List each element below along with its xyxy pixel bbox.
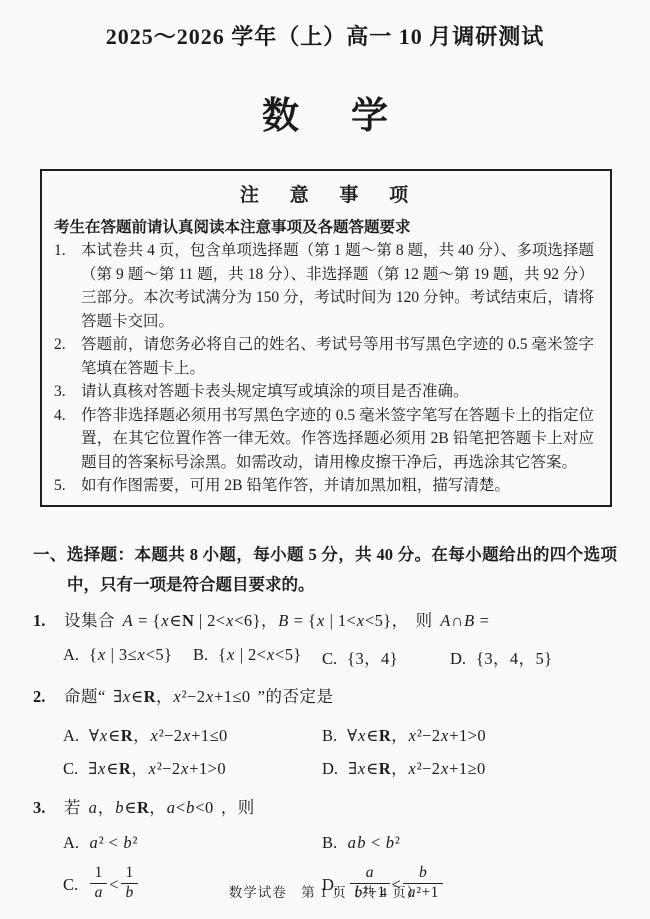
option-label: A. xyxy=(63,645,79,664)
option-label: B. xyxy=(322,833,337,852)
question-number: 3. xyxy=(33,795,64,821)
stem-text: 则 xyxy=(416,611,433,630)
notice-item-text: 作答非选择题必须用书写黑色字迹的 0.5 毫米签字笔写在答题卡上的指定位置，在其… xyxy=(81,404,594,475)
question-1-options: A.{x | 3≤x<5} B.{x | 2<x<5} C.{3，4} D.{3… xyxy=(33,645,617,669)
option-label: C. xyxy=(63,759,78,778)
option-c: C.{3，4} xyxy=(322,645,450,669)
stem-text: 设集合 xyxy=(64,611,115,630)
question-number: 1. xyxy=(33,608,64,634)
notice-item-number: 2. xyxy=(54,333,81,380)
question-2: 2. 命题“ ∃x∈R，x²−2x+1≤0 ”的否定是 xyxy=(33,684,617,710)
page-footer: 数学试卷 第 1 页（共 4 页） xyxy=(0,881,650,901)
question-3-options-ab: A.a² < b² B.ab < b² xyxy=(33,833,617,853)
question-2-options: A.∀x∈R，x²−2x+1≤0 B.∀x∈R，x²−2x+1>0 C.∃x∈R… xyxy=(33,722,617,779)
option-math: {3，4，5} xyxy=(476,649,552,668)
notice-item-number: 5. xyxy=(54,474,81,498)
option-math: ab < b² xyxy=(347,833,400,852)
stem-math: A = {x∈N | 2<x<6}，B = {x | 1<x<5}， xyxy=(122,611,408,630)
option-d: D.{3，4，5} xyxy=(450,645,552,669)
notice-item-number: 3. xyxy=(54,380,81,404)
option-b: B.{x | 2<x<5} xyxy=(193,645,322,669)
option-math: a² < b² xyxy=(89,833,138,852)
option-math: ∀x∈R，x²−2x+1≤0 xyxy=(89,726,228,745)
option-a: A.∀x∈R，x²−2x+1≤0 xyxy=(63,722,322,746)
notice-box: 注 意 事 项 考生在答题前请认真阅读本注意事项及各题答题要求 1. 本试卷共 … xyxy=(40,169,612,507)
option-label: C. xyxy=(322,649,337,668)
stem-text: 若 xyxy=(64,798,81,817)
option-b: B.∀x∈R，x²−2x+1>0 xyxy=(322,722,617,746)
stem-text: ，则 xyxy=(221,798,255,817)
subject-title: 数学 xyxy=(33,85,617,139)
option-label: B. xyxy=(193,645,208,664)
option-d: D.∃x∈R，x²−2x+1≥0 xyxy=(322,755,617,779)
option-label: B. xyxy=(322,726,337,745)
option-label: A. xyxy=(63,726,79,745)
notice-item-text: 答题前，请您务必将自己的姓名、考试号等用书写黑色字迹的 0.5 毫米签字笔填在答… xyxy=(81,333,594,380)
notice-item-2: 2. 答题前，请您务必将自己的姓名、考试号等用书写黑色字迹的 0.5 毫米签字笔… xyxy=(54,333,594,380)
section-1-heading: 一、选择题：本题共 8 小题，每小题 5 分，共 40 分。在每小题给出的四个选… xyxy=(33,540,617,600)
option-label: A. xyxy=(63,833,79,852)
notice-intro: 考生在答题前请认真阅读本注意事项及各题答题要求 xyxy=(54,216,594,239)
notice-item-3: 3. 请认真核对答题卡表头规定填写或填涂的项目是否准确。 xyxy=(54,380,594,404)
notice-item-4: 4. 作答非选择题必须用书写黑色字迹的 0.5 毫米签字笔写在答题卡上的指定位置… xyxy=(54,404,594,475)
option-math: {x | 2<x<5} xyxy=(218,645,302,664)
notice-title: 注 意 事 项 xyxy=(54,180,594,207)
option-math: {x | 3≤x<5} xyxy=(89,645,172,664)
option-a: A.{x | 3≤x<5} xyxy=(63,645,193,669)
question-1: 1. 设集合 A = {x∈N | 2<x<6}，B = {x | 1<x<5}… xyxy=(33,608,617,634)
stem-text: 命题“ xyxy=(64,687,106,706)
notice-item-text: 如有作图需要，可用 2B 铅笔作答，并请加黑加粗，描写清楚。 xyxy=(81,474,594,498)
question-number: 2. xyxy=(33,684,64,710)
option-label: D. xyxy=(322,759,338,778)
option-c: C.∃x∈R，x²−2x+1>0 xyxy=(63,755,322,779)
notice-item-5: 5. 如有作图需要，可用 2B 铅笔作答，并请加黑加粗，描写清楚。 xyxy=(54,474,594,498)
option-label: D. xyxy=(450,649,466,668)
notice-item-number: 1. xyxy=(54,239,81,333)
stem-math: A∩B = xyxy=(440,611,490,630)
stem-text: ”的否定是 xyxy=(258,687,334,706)
question-stem: 命题“ ∃x∈R，x²−2x+1≤0 ”的否定是 xyxy=(64,684,617,710)
notice-item-1: 1. 本试卷共 4 页，包含单项选择题（第 1 题～第 8 题，共 40 分）、… xyxy=(54,239,594,333)
option-math: ∃x∈R，x²−2x+1>0 xyxy=(88,759,226,778)
option-math: {3，4} xyxy=(347,649,398,668)
stem-math: a，b∈R，a<b<0 xyxy=(88,798,213,817)
question-stem: 若 a，b∈R，a<b<0 ，则 xyxy=(64,795,617,821)
exam-page: 2025～2026 学年（上）高一 10 月调研测试 数学 注 意 事 项 考生… xyxy=(0,0,650,919)
option-a: A.a² < b² xyxy=(63,833,322,853)
option-math: ∀x∈R，x²−2x+1>0 xyxy=(347,726,486,745)
question-stem: 设集合 A = {x∈N | 2<x<6}，B = {x | 1<x<5}， 则… xyxy=(64,608,617,634)
option-b: B.ab < b² xyxy=(322,833,617,853)
stem-math: ∃x∈R，x²−2x+1≤0 xyxy=(113,687,251,706)
notice-item-text: 请认真核对答题卡表头规定填写或填涂的项目是否准确。 xyxy=(81,380,594,404)
notice-item-text: 本试卷共 4 页，包含单项选择题（第 1 题～第 8 题，共 40 分）、多项选… xyxy=(81,239,594,333)
option-math: ∃x∈R，x²−2x+1≥0 xyxy=(348,759,486,778)
exam-header-title: 2025～2026 学年（上）高一 10 月调研测试 xyxy=(33,20,617,51)
notice-item-number: 4. xyxy=(54,404,81,475)
question-3: 3. 若 a，b∈R，a<b<0 ，则 xyxy=(33,795,617,821)
